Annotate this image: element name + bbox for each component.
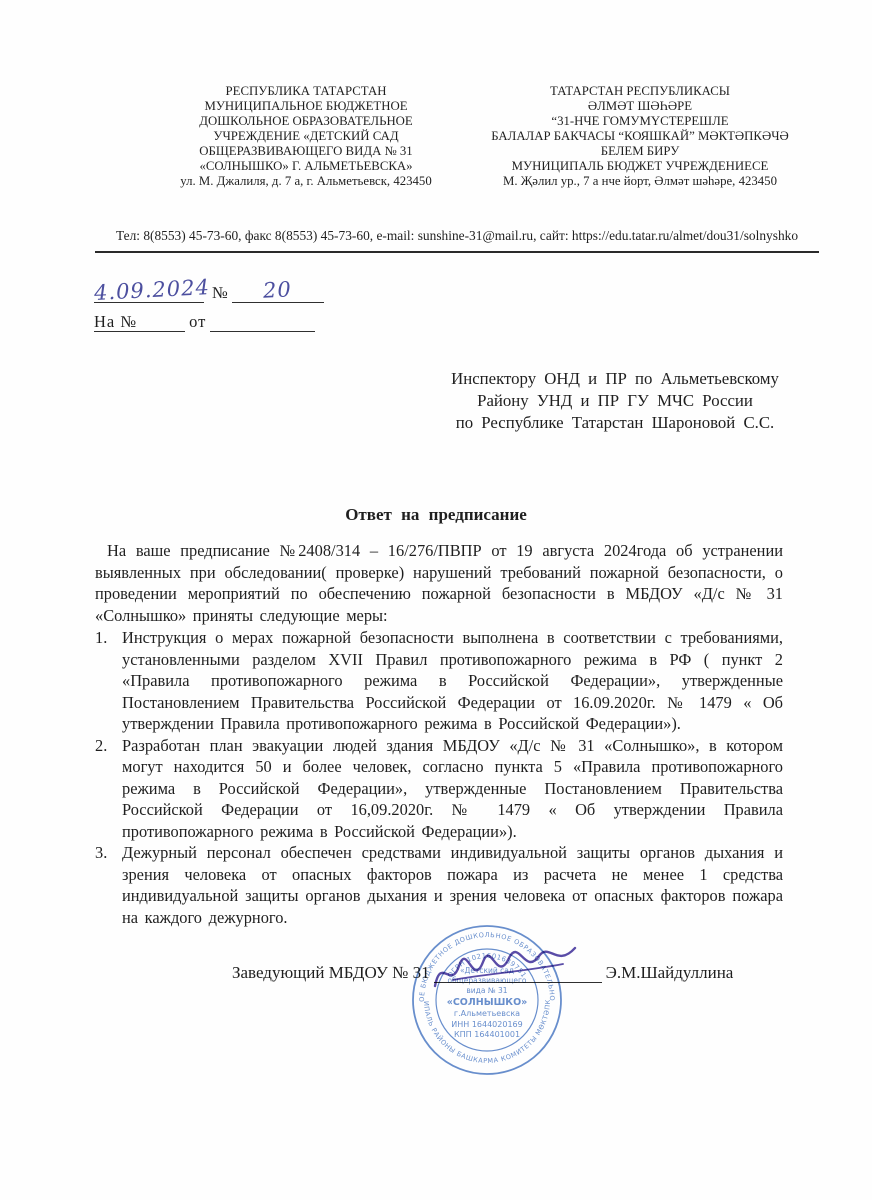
letter-body: На ваше предписание №2408/314 – 16/276/П… [95,540,783,928]
document-title: Ответ на предписание [0,505,872,525]
letterhead-address: М. Җәлил ур., 7 а нче йорт, Әлмәт шәһәре… [460,174,820,189]
intro-paragraph: На ваше предписание №2408/314 – 16/276/П… [95,540,783,626]
list-item-text: Разработан план эвакуации людей здания М… [122,735,783,843]
list-item-number [95,842,122,928]
reference-block: 4.09.2024№20 На №от [94,278,324,332]
list-item-text: Инструкция о мерах пожарной безопасности… [122,627,783,735]
letterhead-line: ӘЛМӘТ ШӘҺӘРЕ [460,99,820,114]
letterhead-line: «СОЛНЫШКО» Г. АЛЬМЕТЬЕВСКА» [130,159,482,174]
addressee-line: Району УНД и ПР ГУ МЧС России [425,390,805,412]
reply-prefix: На № [94,312,137,332]
addressee-block: Инспектору ОНД и ПР по Альметьевскому Ра… [425,368,805,434]
list-item-number [95,627,122,735]
letterhead-tatar: ТАТАРСТАН РЕСПУБЛИКАСЫ ӘЛМӘТ ШӘҺӘРЕ “31-… [460,84,820,189]
contact-line: Тел: 8(8553) 45-73-60, факс 8(8553) 45-7… [95,228,819,253]
reply-number-underline [137,331,185,332]
outgoing-number-line: 4.09.2024№20 [94,278,324,310]
list-item: Инструкция о мерах пожарной безопасности… [95,627,783,735]
letterhead-line: ДОШКОЛЬНОЕ ОБРАЗОВАТЕЛЬНОЕ [130,114,482,129]
date-underline: 4.09.2024 [94,278,204,303]
letterhead-line: УЧРЕЖДЕНИЕ «ДЕТСКИЙ САД [130,129,482,144]
reply-date-underline [210,331,315,332]
addressee-line: Инспектору ОНД и ПР по Альметьевскому [425,368,805,390]
number-underline: 20 [232,278,324,303]
reply-ot-label: от [189,312,206,331]
letterhead-line: БЕЛЕМ БИРУ [460,144,820,159]
stamp-center-line: г.Альметьевска [454,1009,520,1018]
letterhead-line: ТАТАРСТАН РЕСПУБЛИКАСЫ [460,84,820,99]
scanned-letter-page: РЕСПУБЛИКА ТАТАРСТАН МУНИЦИПАЛЬНОЕ БЮДЖЕ… [0,0,872,1200]
letterhead-line: БАЛАЛАР БАКЧАСЫ “КОЯШКАЙ” МӘКТӘПКӘЧӘ [460,129,820,144]
stamp-inn: ИНН 1644020169 [451,1020,522,1029]
handwritten-date: 4.09.2024 [93,275,210,305]
letterhead-address: ул. М. Джалиля, д. 7 а, г. Альметьевск, … [130,174,482,189]
addressee-line: по Республике Татарстан Шароновой С.С. [425,412,805,434]
stamp-kpp: КПП 164401001 [454,1030,520,1039]
list-item-number [95,735,122,843]
letterhead-line: “31-НЧЕ ГОМУМҮСТЕРЕШЛЕ [460,114,820,129]
signature-flourish [453,964,563,980]
letterhead-line: МУНИЦИПАЛЬНОЕ БЮДЖЕТНОЕ [130,99,482,114]
reply-to-line: На №от [94,312,324,332]
letterhead-line: МУНИЦИПАЛЬ БЮДЖЕТ УЧРЕЖДЕНИЕСЕ [460,159,820,174]
letterhead-russian: РЕСПУБЛИКА ТАТАРСТАН МУНИЦИПАЛЬНОЕ БЮДЖЕ… [130,84,482,189]
letterhead-line: РЕСПУБЛИКА ТАТАРСТАН [130,84,482,99]
handwritten-number: 20 [263,277,293,302]
letterhead-line: ОБЩЕРАЗВИВАЮЩЕГО ВИДА № 31 [130,144,482,159]
signer-name: Э.М.Шайдуллина [606,963,734,982]
list-item: Разработан план эвакуации людей здания М… [95,735,783,843]
measures-list: Инструкция о мерах пожарной безопасности… [95,627,783,928]
handwritten-signature [425,938,590,1000]
number-sign: № [212,283,228,302]
